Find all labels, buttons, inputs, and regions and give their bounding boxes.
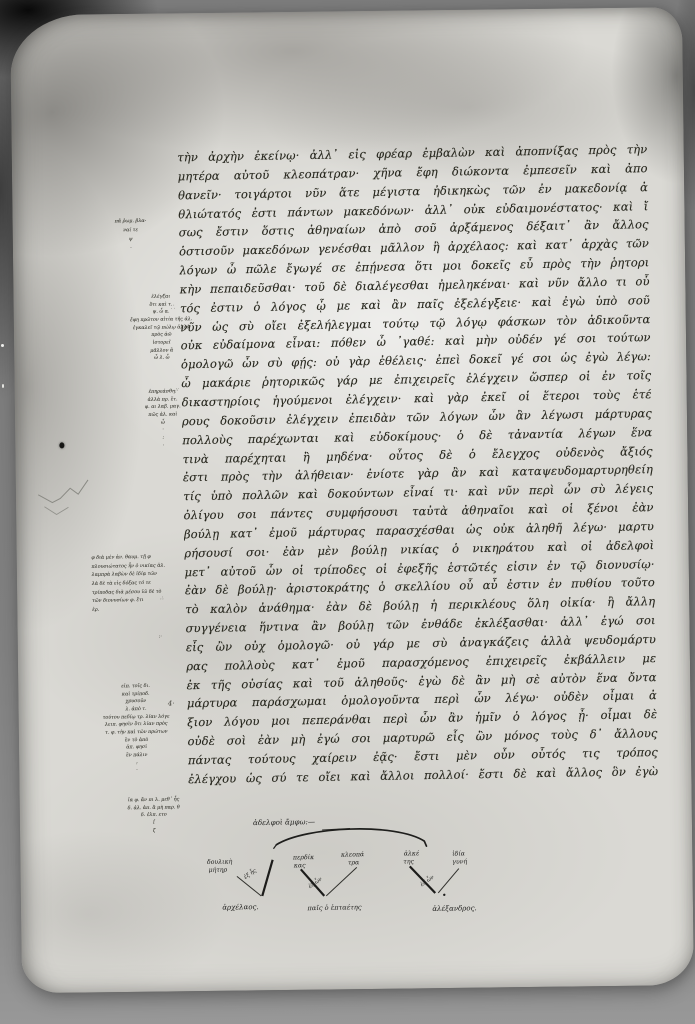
link-label: ἐξ ὧν xyxy=(306,874,324,890)
marginal-scholion: ἐλέγξαι ὅτι καὶ τ. ψ. ὦ α. ἔφη πρῶτον αἰ… xyxy=(115,293,208,364)
margin-ref-mark: ⁙ xyxy=(174,388,178,393)
descent-line xyxy=(237,876,261,896)
margin-section-mark: 4· xyxy=(168,700,175,707)
parent-label: κλεοπά xyxy=(340,851,365,858)
parent-label: δουλικὴ xyxy=(207,858,233,865)
genealogy-diagram: ἀδελφοὶ ἄμφω:— δουλικὴ μήτηρ ἐξ ἧς ἀρχέλ… xyxy=(194,805,496,928)
child-label: παῖς ὁ ἑπταέτης xyxy=(306,902,361,912)
descent-line xyxy=(262,860,274,896)
parent-label: μήτηρ xyxy=(209,867,228,874)
margin-ref-mark: ⸫ xyxy=(171,305,175,310)
descent-line xyxy=(438,869,459,893)
main-text-block: τὴν ἀρχὴν ἐκείνῳ· ἀλλ᾽ εἰς φρέαρ ἐμβαλὼν… xyxy=(177,142,658,791)
parent-label: ἰδία xyxy=(452,850,466,857)
child-label: ἀρχέλαος. xyxy=(222,902,259,912)
parent-label: περδίκ xyxy=(292,854,314,861)
parent-label: της xyxy=(403,858,414,865)
margin-ref-mark: :· xyxy=(159,635,162,640)
parent-label: ἀλκέ xyxy=(404,850,420,857)
marginal-scholion: φ διὰ μὲν ἀν. θαυμ. τῇ φ πλουσιώτατος ἦν… xyxy=(91,553,218,616)
parent-label: τρα xyxy=(348,859,360,866)
diagram-arc-label: ἀδελφοὶ ἄμφω:— xyxy=(253,817,315,827)
descent-line xyxy=(326,867,357,896)
marginal-scholion: πᾶ ῥωμ. βλα- ναί τε ψ · xyxy=(99,217,162,255)
marginal-scholion: ἐπηρεάσθη. ἀλλὰ πρ. ἔτ. φ. αι λαβ. μαγ. … xyxy=(118,388,207,451)
marginal-scholion: εἰπ. τοῖς δι. καὶ τρίποδ. χρυσοῦν λ. ἀπὸ… xyxy=(80,682,194,776)
link-label: ἐξ ἧς xyxy=(242,866,259,881)
apex-dot xyxy=(443,894,445,896)
margin-ref-mark: ∴ xyxy=(160,597,163,602)
parchment-scratch xyxy=(29,432,111,533)
arc-tail xyxy=(273,845,276,849)
parent-label: κας xyxy=(293,862,306,869)
writing-layer: τὴν ἀρχὴν ἐκείνῳ· ἀλλ᾽ εἰς φρέαρ ἐμβαλὼν… xyxy=(0,0,695,1024)
brothers-arc xyxy=(276,828,426,849)
manuscript-photograph: τὴν ἀρχὴν ἐκείνῳ· ἀλλ᾽ εἰς φρέαρ ἐμβαλὼν… xyxy=(0,0,695,1024)
parent-label: γυνή xyxy=(452,858,467,865)
child-label: ἀλέξανδρος. xyxy=(432,903,477,913)
